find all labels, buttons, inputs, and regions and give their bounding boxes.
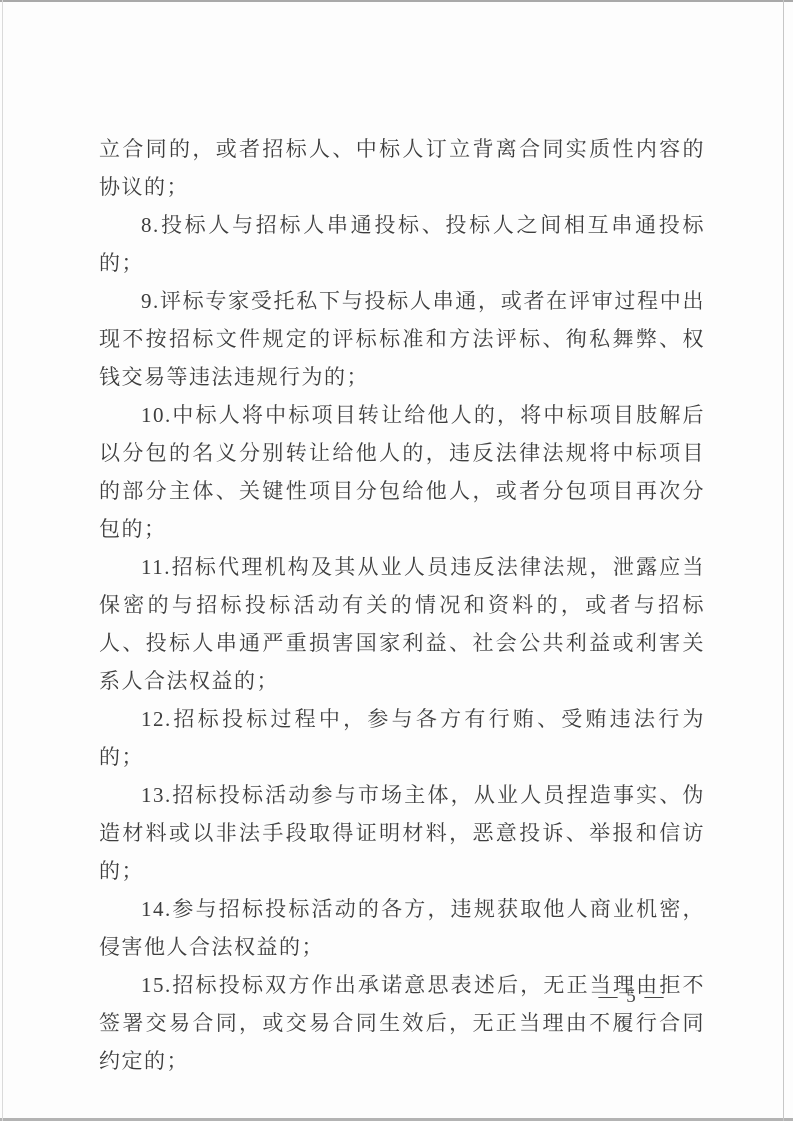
- clause-item-13: 13.招标投标活动参与市场主体，从业人员捏造事实、伪造材料或以非法手段取得证明材…: [99, 776, 705, 890]
- clause-item-11: 11.招标代理机构及其从业人员违反法律法规，泄露应当保密的与招标投标活动有关的情…: [99, 548, 705, 700]
- clause-item-12: 12.招标投标过程中，参与各方有行贿、受贿违法行为的；: [99, 700, 705, 776]
- document-body-text: 立合同的，或者招标人、中标人订立背离合同实质性内容的协议的； 8.投标人与招标人…: [99, 130, 705, 1080]
- clause-item-10: 10.中标人将中标项目转让给他人的，将中标项目肢解后以分包的名义分别转让给他人的…: [99, 396, 705, 548]
- clause-item-8: 8.投标人与招标人串通投标、投标人之间相互串通投标的；: [99, 206, 705, 282]
- clause-item-9: 9.评标专家受托私下与投标人串通，或者在评审过程中出现不按招标文件规定的评标标准…: [99, 282, 705, 396]
- scan-edge-right-line: [783, 0, 784, 1121]
- page-number: — 5 —: [556, 986, 708, 1008]
- scan-edge-left-line: [2, 0, 3, 1121]
- paragraph-continuation: 立合同的，或者招标人、中标人订立背离合同实质性内容的协议的；: [99, 130, 705, 206]
- clause-item-14: 14.参与招标投标活动的各方，违规获取他人商业机密，侵害他人合法权益的；: [99, 890, 705, 966]
- clause-item-15: 15.招标投标双方作出承诺意思表述后，无正当理由拒不签署交易合同，或交易合同生效…: [99, 966, 705, 1080]
- scan-edge-top-line: [0, 0, 793, 2]
- document-page: 立合同的，或者招标人、中标人订立背离合同实质性内容的协议的； 8.投标人与招标人…: [0, 0, 793, 1121]
